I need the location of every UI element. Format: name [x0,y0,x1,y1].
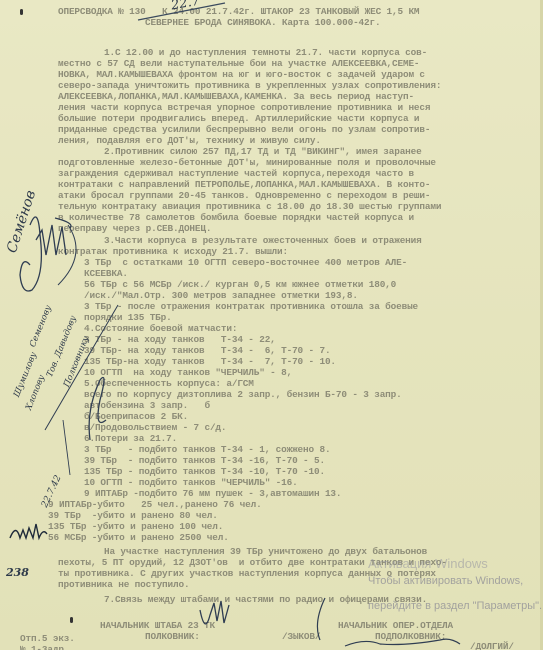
document-line: 5.Обеспеченность корпуса: а/ГСМ [84,378,254,389]
copies-note: Отп.5 экз. [20,633,75,644]
document-line: 3 ТБр с остатками 10 ОГТП северо-восточн… [84,257,407,268]
addressee-note: № 1-3адр. [20,644,69,650]
document-line: приданные средства усилили беспрерывно в… [58,124,430,135]
document-line: контратаки с направлений ПЕТРОПОЛЬЕ,ЛОПА… [58,179,430,190]
activation-watermark-link: перейдите в раздел "Параметры". [368,600,542,612]
document-line: северо-запада уничтожить противника в ук… [58,80,441,91]
document-line: порядки 135 ТБр. [84,312,172,323]
document-line: б/Боеприпасов 2 БК. [84,411,188,422]
document-line: заграждения сдерживал наступление частей… [58,168,414,179]
document-line: 4.Состояние боевой матчасти: [84,323,237,334]
document-line: 39 ТБр - подбито танков Т-34 -16, Т-70 -… [84,455,325,466]
document-line: 10 ОГТП на ходу танков "ЧЕРЧИЛЬ" - 8, [84,367,292,378]
document-line: 3 ТБр - на ходу танков Т-34 - 22, [84,334,276,345]
document-line: 39 ТБр -убито и ранено 80 чел. [48,510,218,521]
document-line: 39 ТБр- на ходу танков Т-34 - 6, Т-70 - … [84,345,330,356]
margin-number: 238 [6,566,29,579]
ops-chief-rank: ПОДПОЛКОВНИК: [375,631,446,642]
document-line: 135 ТБр -убито и ранено 100 чел. [48,521,223,532]
ink-mark [20,9,23,15]
document-line: противника не поступило. [58,579,189,590]
document-line: большие потери продвигались вперед. Арти… [58,113,419,124]
activation-watermark-title: Активация Windows [368,556,488,571]
document-line: 3 ТБр - подбито танков Т-34 - 1, сожжено… [84,444,330,455]
ink-mark [70,617,73,623]
document-line: 3.Части корпуса в результате ожесточенны… [104,235,422,246]
document-line: 56 МСБр -убито и ранено 2500 чел. [48,532,229,543]
document-line: НОВКА, МАЛ.КАМЫШЕВАХА фронтом на юг и юг… [58,69,425,80]
document-line: ления, подавляя его ДОТ'ы, технику и жив… [58,135,321,146]
margin-signature: Семёнов [4,188,39,254]
activation-watermark-text: Чтобы активировать Windows, [368,575,523,587]
document-line: АЛЕКСЕЕВКА,ЛОПАНКА,МАЛ.КАМЫШЕВАХА,КАМЕНК… [58,91,414,102]
chief-of-staff-rank: ПОЛКОВНИК: [145,631,200,642]
chief-of-staff-title: НАЧАЛЬНИК ШТАБА 23 ТК [100,620,215,631]
document-line: 6.Потери за 21.7. [84,433,177,444]
document-line: 9 ИПТАБр -подбито 76 мм пушек - 3,автома… [84,488,341,499]
document-line: ления части корпуса встречая упорное соп… [58,102,430,113]
doc-header-line-1: ОПЕРСВОДКА № 130 К 24.00 21.7.42г. ШТАКО… [58,6,419,17]
scanned-document-page: ОПЕРСВОДКА № 130 К 24.00 21.7.42г. ШТАКО… [0,0,543,650]
ops-chief-title: НАЧАЛЬНИК ОПЕР.ОТДЕЛА [338,620,453,631]
document-line: местно с 57 СД вели наступательные бои н… [58,58,419,69]
document-line: подготовленные железо-бетонные ДОТ'ы, ми… [58,157,436,168]
document-line: КСЕЕВКА. [84,268,128,279]
document-line: 56 ТБр с 56 МСБр /иск./ курган 0,5 км юж… [84,279,396,290]
document-line: контратак противника к исходу 21.7. вышл… [58,246,288,257]
ops-chief-name: /ДОЛГИЙ/ [470,641,514,650]
document-line: переправу через р.СЕВ.ДОНЕЦ. [58,223,211,234]
document-line: 3 ТБр - после отражения контратак против… [84,301,418,312]
document-line: атаки бросал группами 20-45 танков. Одно… [58,190,430,201]
chief-of-staff-name: /ЗЫКОВ/ [282,631,320,642]
margin-resolution-line-1: Семенову [28,304,54,349]
document-line: в/Продовольствием - 7 с/д. [84,422,226,433]
document-line: 135 ТБр - подбито танков Т-34 -10, Т-70 … [84,466,325,477]
document-line: /иск./"Мал.Отр. 300 метров западнее отме… [84,290,358,301]
document-line: 135 ТБр-на ходу танков Т-34 - 7, Т-70 - … [84,356,336,367]
document-line: в количестве 78 самолетов бомбила боевые… [58,212,414,223]
document-line: тельную контратаку авиация противника с … [58,201,441,212]
document-line: 10 ОГТП - подбито танков "ЧЕРЧИЛЬ" -16. [84,477,298,488]
document-line: 1.С 12.00 и до наступления темноты 21.7.… [104,47,427,58]
document-line: 2.Противник силою 257 ПД,17 ТД и ТД "ВИК… [104,146,422,157]
document-line: всего по корпусу дизтоплива 2 запр., бен… [84,389,402,400]
doc-header-line-2: СЕВЕРНЕЕ БРОДА СИНЯВОКА. Карта 100.000-4… [145,17,380,28]
document-line: 9 ИПТАБр-убито 25 чел.,ранено 76 чел. [48,499,262,510]
document-line: автобензина 3 запр. б [84,400,210,411]
